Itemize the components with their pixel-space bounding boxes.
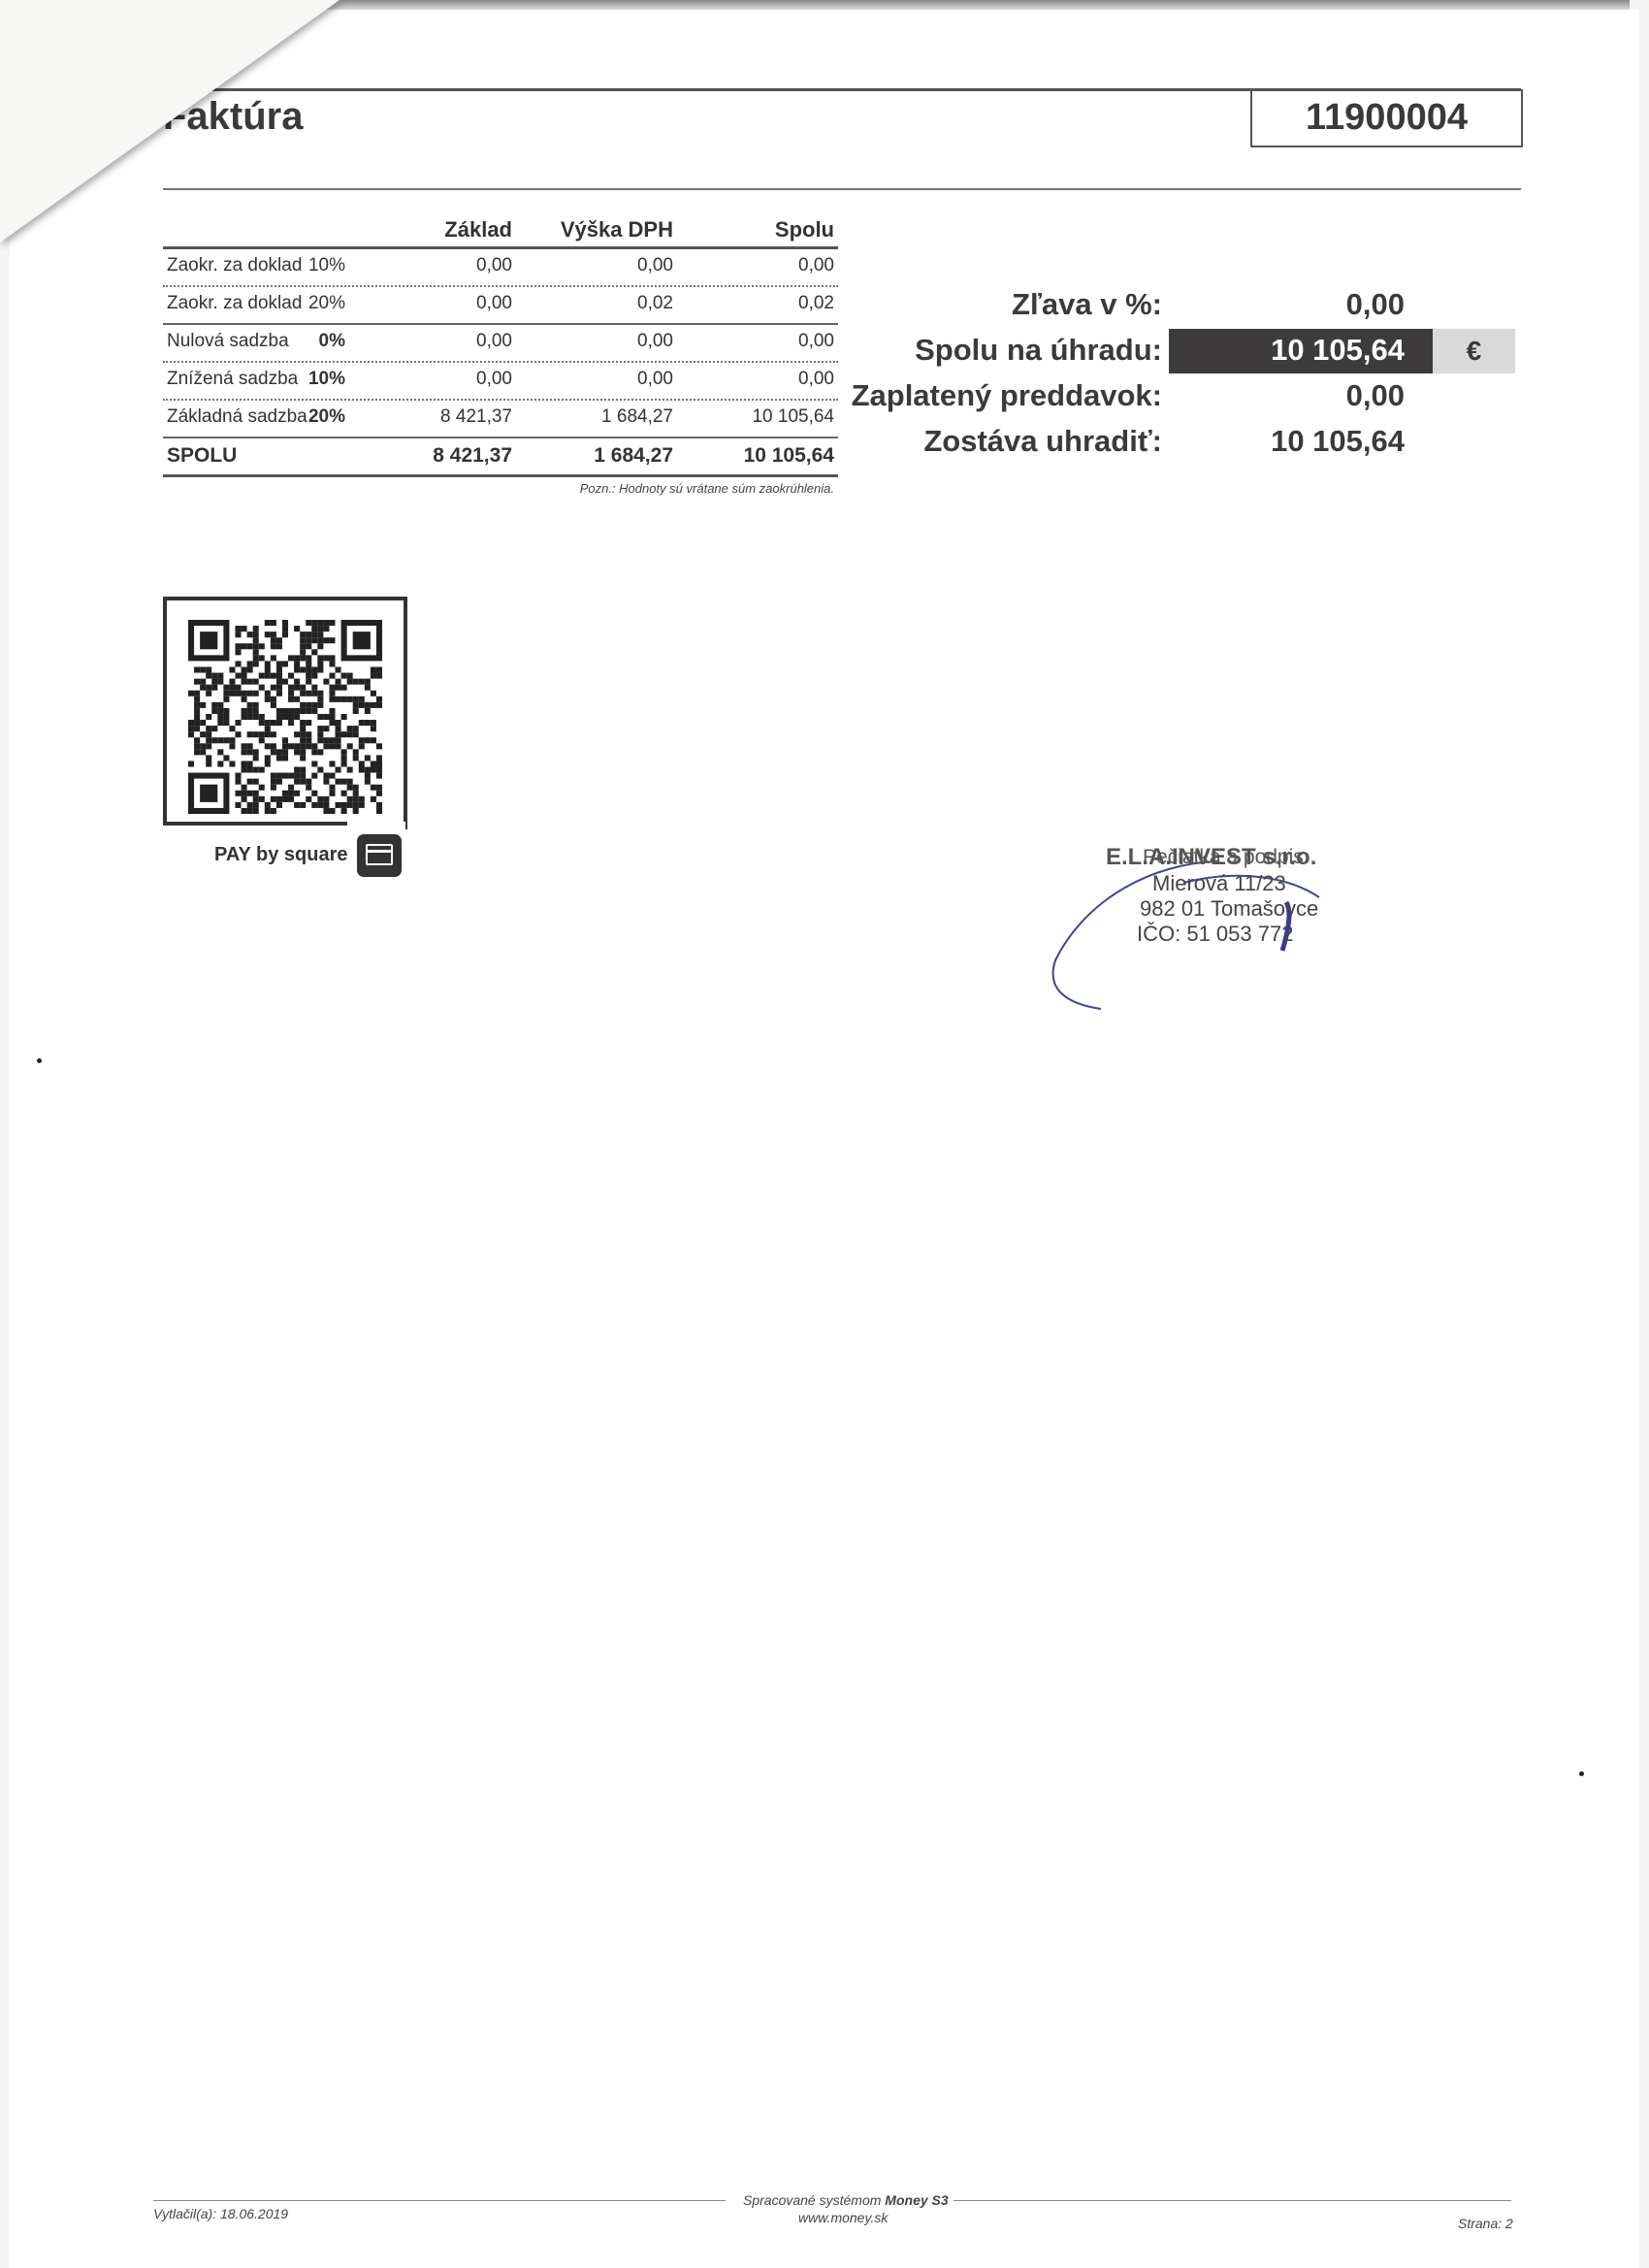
company-stamp: E.L.A.INVEST s.r.o. Pečiatka a podpis Mi…: [1048, 844, 1377, 1019]
invoice-number: 11900004: [1250, 89, 1523, 147]
discount-label: Zľava v %:: [1012, 287, 1162, 322]
printed-date: Vytlačil(a): 18.06.2019: [153, 2206, 288, 2221]
vat-row: Znížená sadzba10%0,000,000,00: [163, 363, 838, 401]
total-sum: 10 105,64: [744, 444, 834, 468]
vat-row-base: 0,00: [476, 369, 512, 390]
vat-row-base: 0,00: [476, 331, 512, 352]
stamp-overlay: Pečiatka a podpis: [1143, 846, 1304, 869]
prepaid-value: 0,00: [1346, 378, 1405, 413]
vat-row-total: 0,00: [798, 331, 834, 352]
currency-box: €: [1433, 329, 1515, 373]
vat-row: Základná sadzba20%8 421,371 684,2710 105…: [163, 401, 838, 438]
vat-row: Zaokr. za doklad10%0,000,000,00: [163, 249, 838, 287]
scan-speck: [37, 1058, 42, 1063]
website-link[interactable]: www.money.sk: [798, 2210, 888, 2225]
vat-row-vat: 0,00: [637, 369, 673, 390]
vat-row-total: 0,00: [798, 255, 834, 276]
scan-edge: [320, 0, 1630, 10]
col-base: Základ: [444, 217, 512, 243]
scan-speck: [1579, 1771, 1584, 1776]
qr-frame: [163, 597, 407, 829]
remaining-label: Zostáva uhradiť:: [923, 424, 1162, 459]
prepaid-label: Zaplatený preddavok:: [852, 378, 1162, 413]
vat-row-rate: 10%: [277, 369, 345, 390]
col-total: Spolu: [775, 217, 834, 243]
vat-row-rate: 20%: [277, 293, 345, 314]
qr-frame-bottom: [163, 822, 347, 826]
payment-summary: Zľava v %: 0,00 Spolu na úhradu: 10 105,…: [854, 283, 1523, 466]
vat-row-rate: 10%: [277, 255, 345, 276]
vat-table: Základ Výška DPH Spolu Zaokr. za doklad1…: [163, 213, 838, 501]
discount-value: 0,00: [1346, 287, 1405, 322]
stamp-ico: IČO: 51 053 772: [1137, 922, 1293, 947]
vat-row-vat: 0,00: [637, 331, 673, 352]
total-vat: 1 684,27: [594, 444, 673, 468]
software-brand: Money S3: [885, 2192, 948, 2208]
vat-row-vat: 1 684,27: [601, 406, 673, 428]
footer-rule-left: [153, 2200, 726, 2201]
rounding-note: Pozn.: Hodnoty sú vrátane súm zaokrúhlen…: [580, 481, 834, 496]
vat-row-label: Nulová sadzba: [167, 331, 289, 352]
card-icon: [357, 834, 402, 877]
col-vat: Výška DPH: [561, 217, 673, 243]
vat-row-base: 8 421,37: [440, 406, 512, 428]
vat-row: Nulová sadzba0%0,000,000,00: [163, 325, 838, 363]
vat-row: Zaokr. za doklad20%0,000,020,02: [163, 287, 838, 325]
vat-total-row: SPOLU 8 421,37 1 684,27 10 105,64: [163, 438, 838, 477]
pay-by-square-label: PAY by square: [214, 844, 347, 866]
total-due-value: 10 105,64: [1271, 333, 1405, 368]
stamp-street: Mierová 11/23: [1152, 871, 1286, 896]
vat-row-base: 0,00: [476, 255, 512, 276]
total-label: SPOLU: [167, 444, 237, 468]
discount-row: Zľava v %: 0,00: [854, 283, 1523, 329]
total-due-row: Spolu na úhradu: 10 105,64 €: [854, 329, 1523, 374]
processed-by: Spracované systémom Money S3: [743, 2192, 949, 2208]
qr-code-icon: [186, 620, 384, 814]
prepaid-row: Zaplatený preddavok: 0,00: [854, 374, 1523, 420]
folded-corner: [0, 0, 339, 243]
header-bottom-rule: [163, 188, 1521, 190]
vat-row-vat: 0,02: [637, 293, 673, 314]
stamp-city: 982 01 Tomašovce: [1140, 896, 1318, 922]
footer-rule-right: [954, 2200, 1511, 2201]
total-base: 8 421,37: [433, 444, 512, 468]
remaining-value: 10 105,64: [1271, 424, 1405, 459]
vat-row-total: 0,02: [798, 293, 834, 314]
remaining-row: Zostáva uhradiť: 10 105,64: [854, 420, 1523, 466]
vat-row-rate: 0%: [277, 331, 345, 352]
vat-row-base: 0,00: [476, 293, 512, 314]
total-due-label: Spolu na úhradu:: [915, 333, 1162, 368]
vat-row-total: 10 105,64: [752, 406, 834, 428]
vat-row-rate: 20%: [277, 406, 345, 428]
page-number: Strana: 2: [1458, 2216, 1513, 2231]
vat-row-vat: 0,00: [637, 255, 673, 276]
vat-row-total: 0,00: [798, 369, 834, 390]
